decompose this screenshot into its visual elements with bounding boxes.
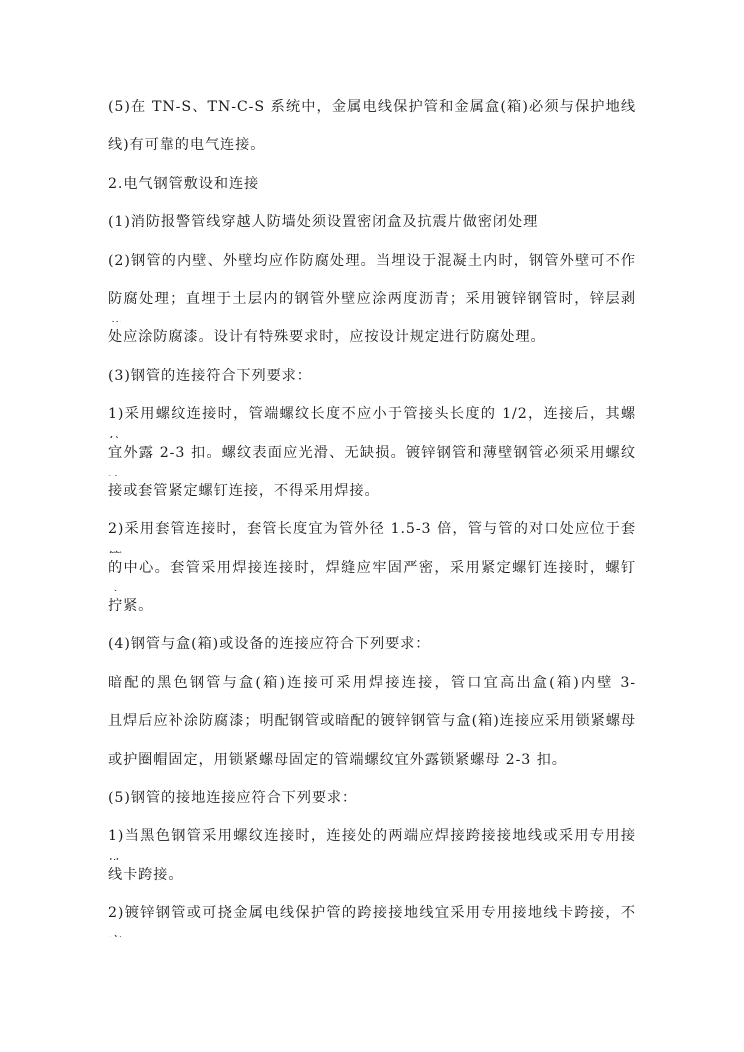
paragraph-line: (2)钢管的内壁、外壁均应作防腐处理。当埋设于混凝土内时，钢管外壁可不作 <box>108 246 636 284</box>
section-heading: 2.电气钢管敷设和连接 <box>108 169 636 207</box>
paragraph-line: (4)钢管与盒(箱)或设备的连接应符合下列要求： <box>108 629 636 667</box>
paragraph-line: 线卡跨接。 <box>108 860 636 898</box>
paragraph-line: 2)镀锌钢管或可挠金属电线保护管的跨接接地线宜采用专用接地线卡跨接，不应 <box>108 898 636 936</box>
paragraph-line: (3)钢管的连接符合下列要求： <box>108 361 636 399</box>
paragraph-line: 1)采用螺纹连接时，管端螺纹长度不应小于管接头长度的 1/2，连接后，其螺纹 <box>108 399 636 437</box>
paragraph-line: 的中心。套管采用焊接连接时，焊缝应牢固严密，采用紧定螺钉连接时，螺钉应 <box>108 553 636 591</box>
paragraph-line: (5)钢管的接地连接应符合下列要求： <box>108 783 636 821</box>
paragraph-line: 拧紧。 <box>108 591 636 629</box>
paragraph-line: 2)采用套管连接时，套管长度宜为管外径 1.5-3 倍，管与管的对口处应位于套管 <box>108 514 636 552</box>
paragraph-line: 处应涂防腐漆。设计有特殊要求时，应按设计规定进行防腐处理。 <box>108 322 636 360</box>
paragraph-line: 1)当黑色钢管采用螺纹连接时，连接处的两端应焊接跨接接地线或采用专用接地 <box>108 821 636 859</box>
paragraph-line: (1)消防报警管线穿越人防墙处须设置密闭盒及抗震片做密闭处理 <box>108 207 636 245</box>
document-page: (5)在 TN-S、TN-C-S 系统中，金属电线保护管和金属盒(箱)必须与保护… <box>108 92 636 937</box>
paragraph-line: 线)有可靠的电气连接。 <box>108 130 636 168</box>
paragraph-line: (5)在 TN-S、TN-C-S 系统中，金属电线保护管和金属盒(箱)必须与保护… <box>108 92 636 130</box>
paragraph-line: 且焊后应补涂防腐漆；明配钢管或暗配的镀锌钢管与盒(箱)连接应采用锁紧螺母 <box>108 706 636 744</box>
paragraph-line: 暗配的黑色钢管与盒(箱)连接可采用焊接连接，管口宜高出盒(箱)内壁 3-5mm， <box>108 668 636 706</box>
paragraph-line: 宜外露 2-3 扣。螺纹表面应光滑、无缺损。镀锌钢管和薄壁钢管必须采用螺纹连 <box>108 438 636 476</box>
paragraph-line: 或护圈帽固定，用锁紧螺母固定的管端螺纹宜外露锁紧螺母 2-3 扣。 <box>108 745 636 783</box>
paragraph-line: 接或套管紧定螺钉连接，不得采用焊接。 <box>108 476 636 514</box>
paragraph-line: 防腐处理；直埋于土层内的钢管外壁应涂两度沥青；采用镀锌钢管时，锌层剥落 <box>108 284 636 322</box>
